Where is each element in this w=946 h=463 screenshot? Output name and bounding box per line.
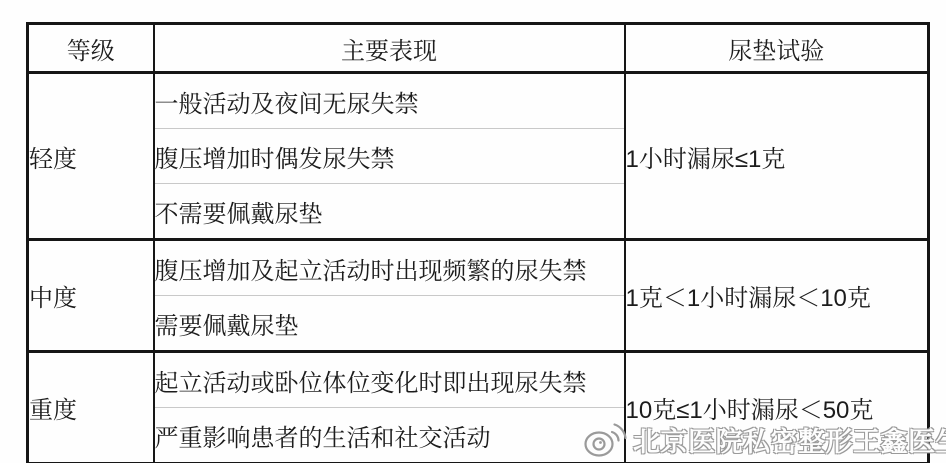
header-cell-manifestation: 主要表现: [154, 24, 625, 73]
grade-label-severe: 重度: [28, 352, 154, 463]
header-cell-pad-test: 尿垫试验: [625, 24, 929, 73]
grade-label-moderate: 中度: [28, 240, 154, 352]
page-canvas: 等级 主要表现 尿垫试验 轻度 一般活动及夜间无尿失禁 1小时漏尿≤1克 腹压增…: [0, 0, 946, 463]
manifestation-cell: 不需要佩戴尿垫: [154, 184, 625, 240]
manifestation-cell: 一般活动及夜间无尿失禁: [154, 73, 625, 129]
pad-test-value-mild: 1小时漏尿≤1克: [625, 73, 929, 240]
manifestation-cell: 腹压增加时偶发尿失禁: [154, 129, 625, 184]
group-severe: 重度 起立活动或卧位体位变化时即出现尿失禁 10克≤1小时漏尿＜50克 严重影响…: [28, 352, 929, 463]
manifestation-cell: 需要佩戴尿垫: [154, 296, 625, 352]
table-header-row: 等级 主要表现 尿垫试验: [28, 24, 929, 73]
pad-test-value-severe: 10克≤1小时漏尿＜50克: [625, 352, 929, 463]
table-row: 中度 腹压增加及起立活动时出现频繁的尿失禁 1克＜1小时漏尿＜10克: [28, 240, 929, 296]
manifestation-cell: 腹压增加及起立活动时出现频繁的尿失禁: [154, 240, 625, 296]
manifestation-cell: 起立活动或卧位体位变化时即出现尿失禁: [154, 352, 625, 408]
group-mild: 轻度 一般活动及夜间无尿失禁 1小时漏尿≤1克 腹压增加时偶发尿失禁 不需要佩戴…: [28, 73, 929, 240]
grade-label-mild: 轻度: [28, 73, 154, 240]
manifestation-cell: 严重影响患者的生活和社交活动: [154, 408, 625, 463]
table-row: 轻度 一般活动及夜间无尿失禁 1小时漏尿≤1克: [28, 73, 929, 129]
incontinence-grade-table: 等级 主要表现 尿垫试验 轻度 一般活动及夜间无尿失禁 1小时漏尿≤1克 腹压增…: [26, 22, 930, 463]
pad-test-value-moderate: 1克＜1小时漏尿＜10克: [625, 240, 929, 352]
header-cell-grade: 等级: [28, 24, 154, 73]
table-row: 重度 起立活动或卧位体位变化时即出现尿失禁 10克≤1小时漏尿＜50克: [28, 352, 929, 408]
group-moderate: 中度 腹压增加及起立活动时出现频繁的尿失禁 1克＜1小时漏尿＜10克 需要佩戴尿…: [28, 240, 929, 352]
